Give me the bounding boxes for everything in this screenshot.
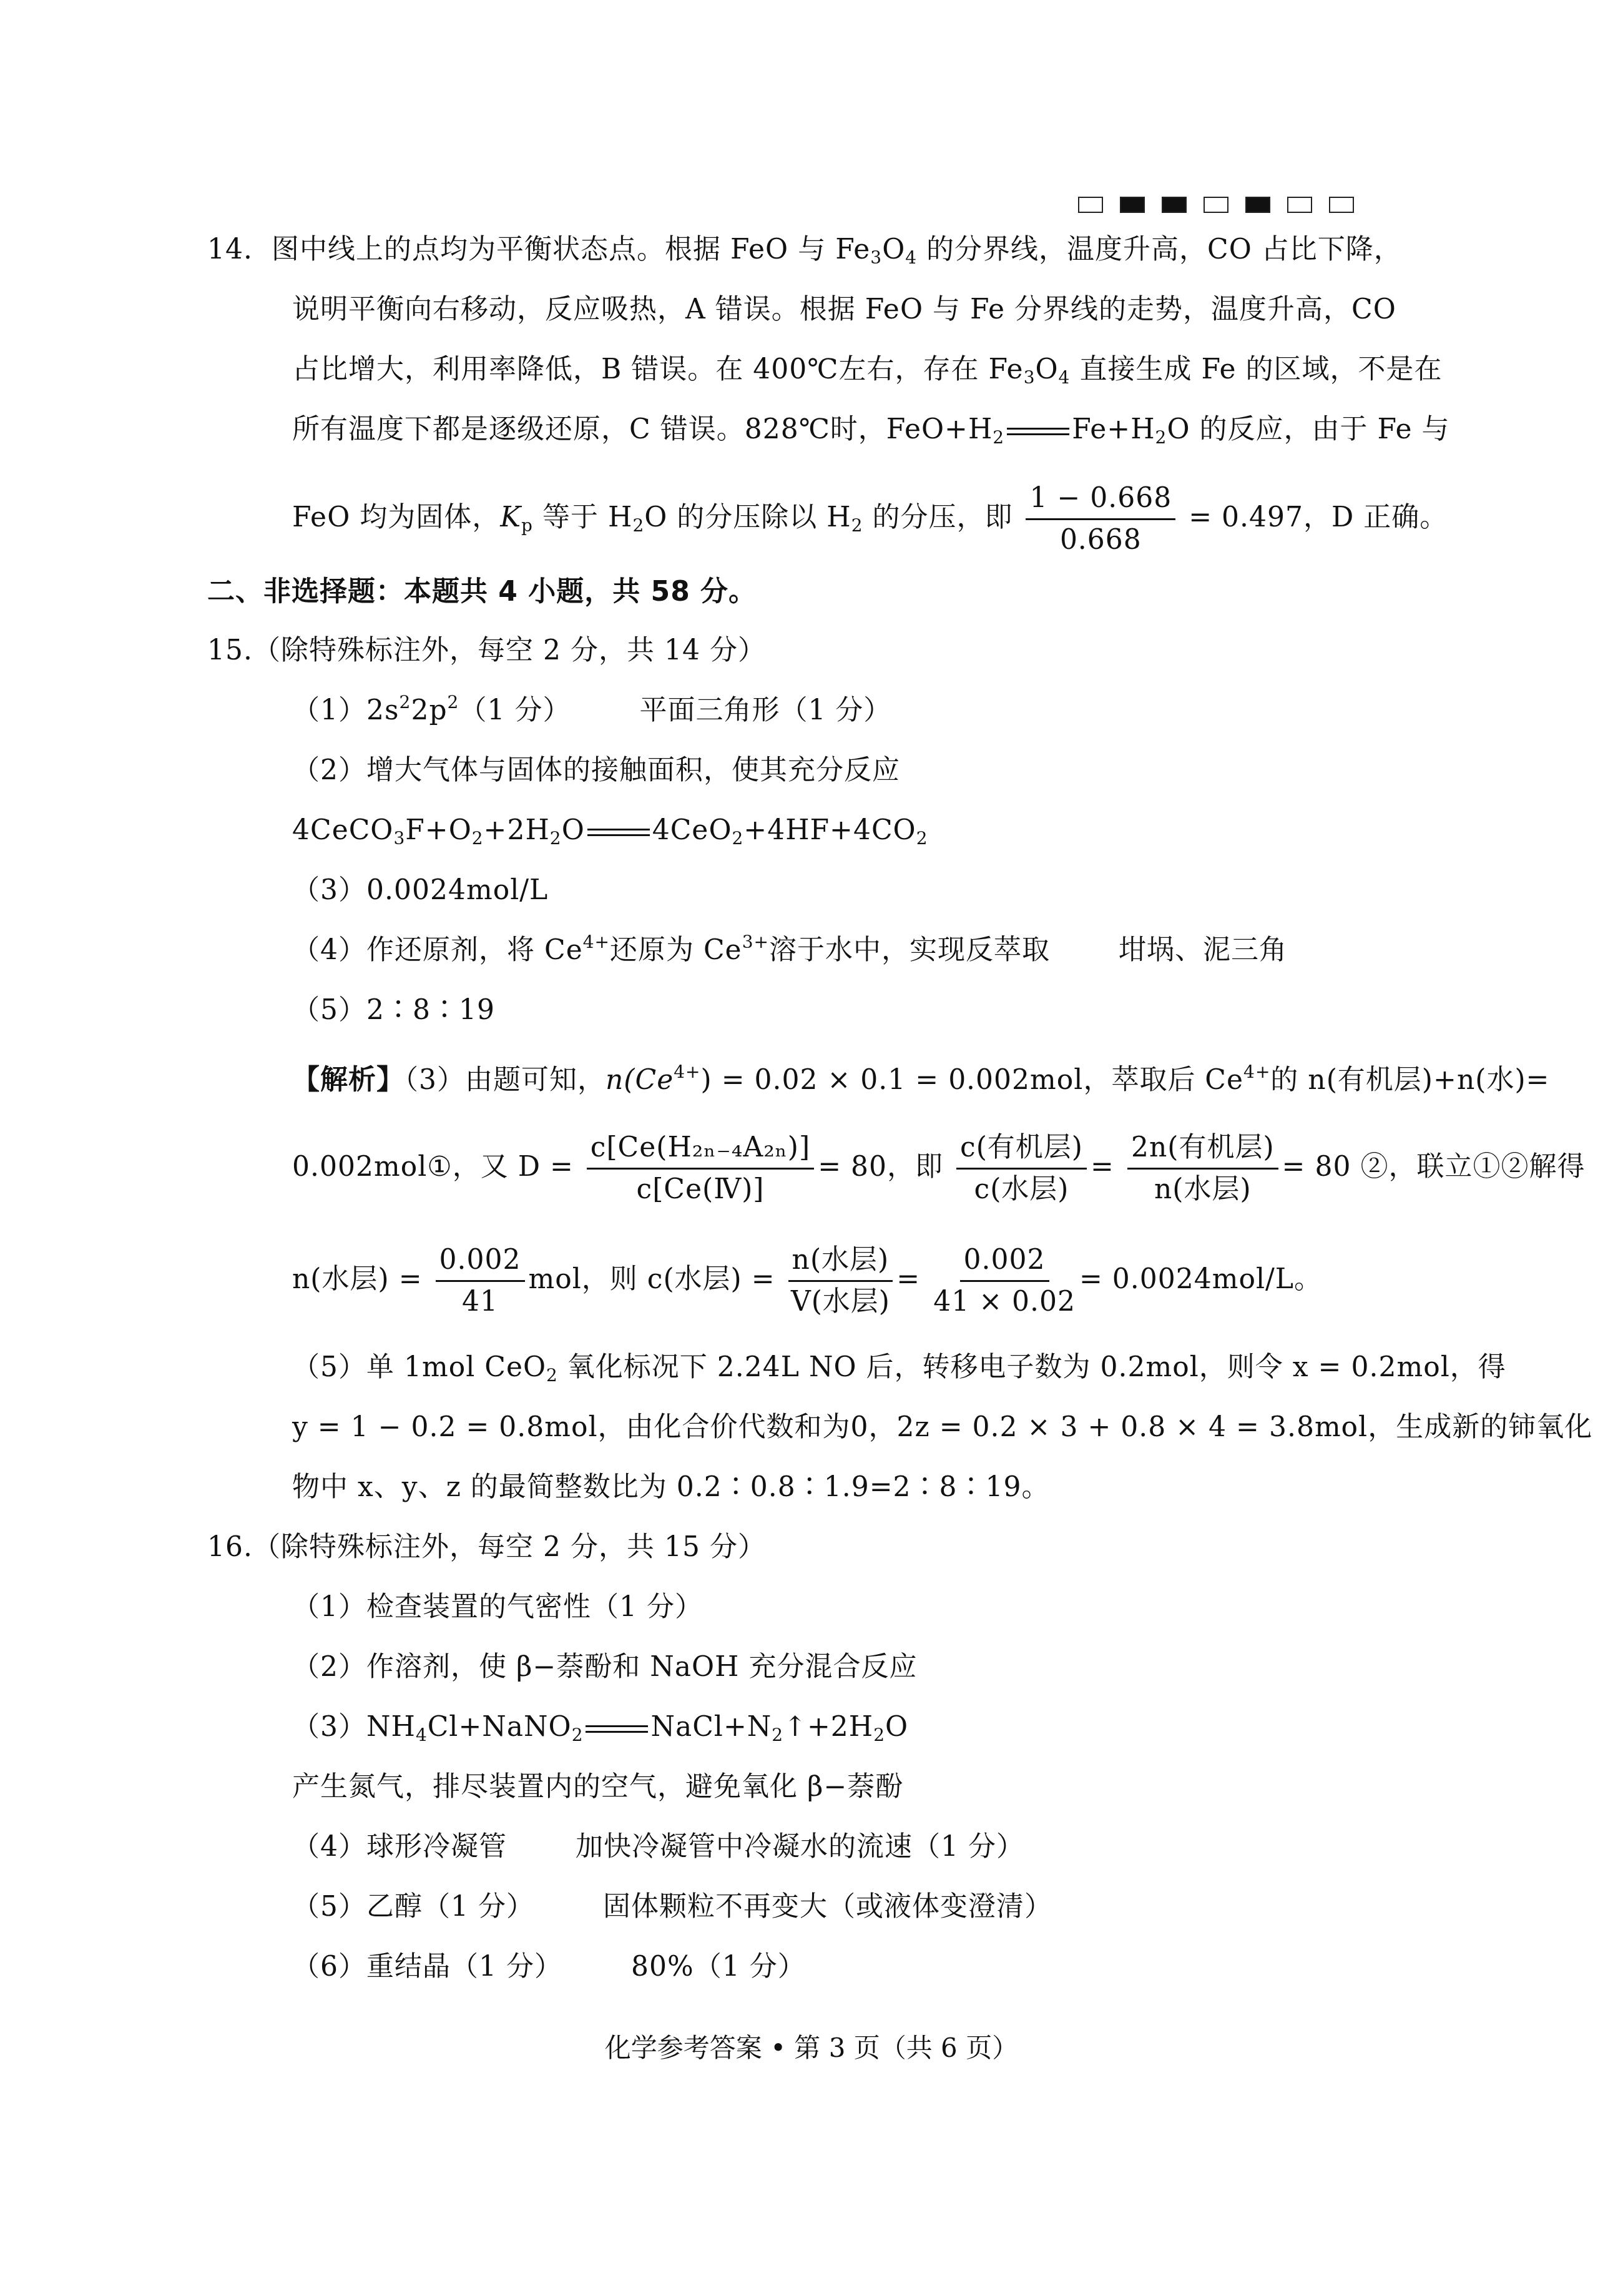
text: 占比增大，利用率降低，B 错误。在 400℃左右，存在 Fe: [292, 353, 1024, 385]
text: 所有温度下都是逐级还原，C 错误。828℃时，FeO+H: [292, 413, 993, 445]
superscript: 2: [448, 692, 459, 712]
subscript: 4: [1059, 367, 1071, 388]
subscript: 2: [632, 515, 644, 536]
q15-analysis-line-3: n(水层) = 0.00241mol，则 c(水层) = n(水层)V(水层)=…: [292, 1243, 1322, 1319]
text: Fe+H: [1072, 413, 1155, 445]
numerator: 0.002: [436, 1243, 525, 1282]
q15-analysis-line-4: （5）单 1mol CeO2 氧化标况下 2.24L NO 后，转移电子数为 0…: [292, 1349, 1506, 1386]
text: +4HF+4CO: [743, 814, 916, 846]
q15-analysis-line-5: y = 1 − 0.2 = 0.8mol，由化合价代数和为0，2z = 0.2 …: [292, 1409, 1592, 1446]
fraction-numeric: 0.00241 × 0.02: [933, 1243, 1076, 1319]
text: 氧化标况下 2.24L NO 后，转移电子数为 0.2mol，则令 x = 0.…: [558, 1351, 1506, 1383]
subscript: 2: [1155, 427, 1167, 448]
q16-answer-3: （3）NH4Cl+NaNO2NaCl+N2↑+2H2O: [292, 1708, 908, 1746]
reaction-equals-sign: [1007, 428, 1069, 435]
text: FeO 均为固体，: [292, 501, 500, 533]
page-marker-boxes: [1078, 197, 1354, 213]
denominator: c[Ce(Ⅳ)]: [637, 1170, 765, 1207]
text: =: [896, 1263, 920, 1295]
subscript: 2: [916, 828, 928, 849]
subscript: 3: [393, 828, 405, 849]
section-title: 二、非选择题：本题共 4 小题，共 58 分。: [207, 573, 757, 611]
text: 坩埚、泥三角: [1119, 934, 1287, 966]
reaction-equals-sign: [587, 829, 650, 836]
q16-answer-2: （2）作溶剂，使 β−萘酚和 NaOH 充分混合反应: [292, 1648, 917, 1686]
fraction-kp: 1 − 0.6680.668: [1026, 481, 1175, 558]
q16-answer-6: （6）重结晶（1 分）80%（1 分）: [292, 1948, 806, 1986]
q15-answer-5: （5）2∶8∶19: [292, 992, 495, 1029]
q14-line-1: 14. 图中线上的点均为平衡状态点。根据 FeO 与 Fe3O4 的分界线，温度…: [207, 231, 1402, 269]
fraction-concentration: c(有机层)c(水层): [956, 1130, 1087, 1207]
text: F+O: [405, 814, 471, 846]
numerator: 1 − 0.668: [1026, 481, 1175, 520]
superscript: 4+: [1243, 1062, 1270, 1082]
text: 直接生成 Fe 的区域，不是在: [1070, 353, 1442, 385]
text: （5）单 1mol CeO: [292, 1351, 546, 1383]
q16-answer-4: （4）球形冷凝管加快冷凝管中冷凝水的流速（1 分）: [292, 1828, 1024, 1866]
text: n(Ce: [606, 1064, 674, 1096]
text: 还原为 Ce: [610, 934, 742, 966]
text: 0.002mol①，又 D =: [292, 1151, 574, 1183]
analysis-label: 【解析】: [292, 1064, 405, 1096]
text: O: [885, 1711, 908, 1743]
text: 4CeCO: [292, 814, 393, 846]
text: 的分压，即: [863, 501, 1013, 533]
text: （5）乙醇（1 分）: [292, 1891, 534, 1923]
denominator: V(水层): [791, 1282, 890, 1319]
q15-answer-4: （4）作还原剂，将 Ce4+还原为 Ce3+溶于水中，实现反萃取坩埚、泥三角: [292, 932, 1287, 969]
text: （1）2s: [292, 694, 400, 726]
q15-analysis-line-6: 物中 x、y、z 的最简整数比为 0.2∶0.8∶1.9=2∶8∶19。: [292, 1469, 1050, 1506]
text: 溶于水中，实现反萃取: [769, 934, 1050, 966]
q15-equation: 4CeCO3F+O2+2H2O4CeO2+4HF+4CO2: [292, 812, 928, 849]
q16-header: 16.（除特殊标注外，每空 2 分，共 15 分）: [207, 1529, 766, 1566]
text: = 80 ②，联立①②解得: [1282, 1151, 1586, 1183]
subscript: p: [521, 515, 533, 536]
denominator: n(水层): [1154, 1170, 1252, 1207]
marker-box-empty: [1078, 197, 1103, 213]
subscript: 2: [472, 828, 484, 849]
subscript: 4: [416, 1725, 428, 1745]
text: =: [1091, 1151, 1114, 1183]
q15-answer-3: （3）0.0024mol/L: [292, 872, 548, 909]
text: （1 分）: [459, 694, 571, 726]
text: n(水层) =: [292, 1263, 423, 1295]
superscript: 4+: [583, 932, 610, 952]
text: ) = 0.02 × 0.1 = 0.002mol，萃取后 Ce: [701, 1064, 1244, 1096]
reaction-equals-sign: [586, 1725, 648, 1733]
text: （6）重结晶（1 分）: [292, 1951, 562, 1983]
text: 固体颗粒不再变大（或液体变澄清）: [603, 1891, 1052, 1923]
q14-line-2: 说明平衡向右移动，反应吸热，A 错误。根据 FeO 与 Fe 分界线的走势，温度…: [292, 291, 1396, 328]
numerator: 2n(有机层): [1127, 1130, 1278, 1170]
subscript: 3: [1024, 367, 1036, 388]
denominator: 41: [462, 1282, 498, 1319]
subscript: 3: [870, 247, 882, 268]
superscript: 2: [400, 692, 411, 712]
text: 4CeO: [652, 814, 732, 846]
denominator: 0.668: [1060, 520, 1142, 558]
fraction-water-moles: 0.00241: [436, 1243, 525, 1319]
q16-answer-1: （1）检查装置的气密性（1 分）: [292, 1589, 703, 1626]
text: 平面三角形（1 分）: [639, 694, 891, 726]
q15-header: 15.（除特殊标注外，每空 2 分，共 14 分）: [207, 632, 766, 669]
text: = 0.0024mol/L。: [1079, 1263, 1322, 1295]
subscript: 2: [851, 515, 863, 536]
subscript: 2: [572, 1725, 584, 1745]
marker-box-empty: [1329, 197, 1354, 213]
q16-answer-3-note: 产生氮气，排尽装置内的空气，避免氧化 β−萘酚: [292, 1768, 903, 1806]
text: （3）NH: [292, 1711, 416, 1743]
subscript: 2: [993, 427, 1004, 448]
text: 的分界线，温度升高，CO 占比下降，: [917, 234, 1402, 265]
q16-answer-5: （5）乙醇（1 分）固体颗粒不再变大（或液体变澄清）: [292, 1888, 1052, 1926]
text: K: [500, 501, 521, 533]
marker-box-filled: [1162, 197, 1187, 213]
text: 图中线上的点均为平衡状态点。根据 FeO 与 Fe: [272, 234, 870, 265]
fraction-distribution-ratio: c[Ce(H₂ₙ₋₄A₂ₙ)]c[Ce(Ⅳ)]: [587, 1130, 814, 1207]
fraction-n-over-v: n(水层)V(水层): [788, 1243, 893, 1319]
text: 2p: [411, 694, 447, 726]
numerator: c[Ce(H₂ₙ₋₄A₂ₙ)]: [587, 1130, 814, 1170]
marker-box-filled: [1120, 197, 1145, 213]
text: （3）由题可知，: [405, 1064, 606, 1096]
q15-answer-2: （2）增大气体与固体的接触面积，使其充分反应: [292, 752, 900, 789]
text: O 的反应，由于 Fe 与: [1167, 413, 1449, 445]
fraction-moles: 2n(有机层)n(水层): [1127, 1130, 1278, 1207]
marker-box-empty: [1287, 197, 1312, 213]
text: O 的分压除以 H: [644, 501, 851, 533]
text: ↑+2H: [783, 1711, 873, 1743]
text: 的 n(有机层)+n(水)=: [1270, 1064, 1549, 1096]
q15-answer-1: （1）2s22p2（1 分）平面三角形（1 分）: [292, 692, 891, 729]
superscript: 3+: [742, 932, 769, 952]
page-footer: 化学参考答案 • 第 3 页（共 6 页）: [0, 2029, 1623, 2067]
text: 加快冷凝管中冷凝水的流速（1 分）: [576, 1831, 1024, 1863]
superscript: 4+: [674, 1062, 700, 1082]
text: O: [882, 234, 905, 265]
subscript: 4: [905, 247, 917, 268]
subscript: 2: [546, 1365, 558, 1386]
numerator: n(水层): [788, 1243, 893, 1282]
subscript: 2: [873, 1725, 885, 1745]
q15-analysis-line-2: 0.002mol①，又 D = c[Ce(H₂ₙ₋₄A₂ₙ)]c[Ce(Ⅳ)]=…: [292, 1130, 1585, 1207]
marker-box-empty: [1204, 197, 1228, 213]
numerator: 0.002: [960, 1243, 1049, 1282]
denominator: c(水层): [974, 1170, 1069, 1207]
text: = 0.497，D 正确。: [1179, 501, 1448, 533]
text: 等于 H: [533, 501, 632, 533]
denominator: 41 × 0.02: [933, 1282, 1076, 1319]
text: O: [562, 814, 585, 846]
q14-line-5: FeO 均为固体，Kp 等于 H2O 的分压除以 H2 的分压，即 1 − 0.…: [292, 481, 1448, 558]
answer-key-page: 14. 图中线上的点均为平衡状态点。根据 FeO 与 Fe3O4 的分界线，温度…: [0, 0, 1623, 2296]
text: （4）球形冷凝管: [292, 1831, 507, 1863]
text: Cl+NaNO: [428, 1711, 572, 1743]
subscript: 2: [732, 828, 743, 849]
text: mol，则 c(水层) =: [529, 1263, 775, 1295]
q14-line-3: 占比增大，利用率降低，B 错误。在 400℃左右，存在 Fe3O4 直接生成 F…: [292, 351, 1443, 388]
text: +2H: [484, 814, 550, 846]
q14-line-4: 所有温度下都是逐级还原，C 错误。828℃时，FeO+H2Fe+H2O 的反应，…: [292, 411, 1450, 448]
text: （4）作还原剂，将 Ce: [292, 934, 583, 966]
text: 80%（1 分）: [631, 1951, 806, 1983]
text: NaCl+N: [650, 1711, 772, 1743]
subscript: 2: [772, 1725, 783, 1745]
q15-analysis-line-1: 【解析】（3）由题可知，n(Ce4+) = 0.02 × 0.1 = 0.002…: [292, 1062, 1549, 1099]
text: O: [1036, 353, 1059, 385]
subscript: 2: [550, 828, 562, 849]
marker-box-filled: [1245, 197, 1270, 213]
numerator: c(有机层): [956, 1130, 1087, 1170]
text: = 80，即: [818, 1151, 943, 1183]
question-number: 14.: [207, 234, 253, 265]
